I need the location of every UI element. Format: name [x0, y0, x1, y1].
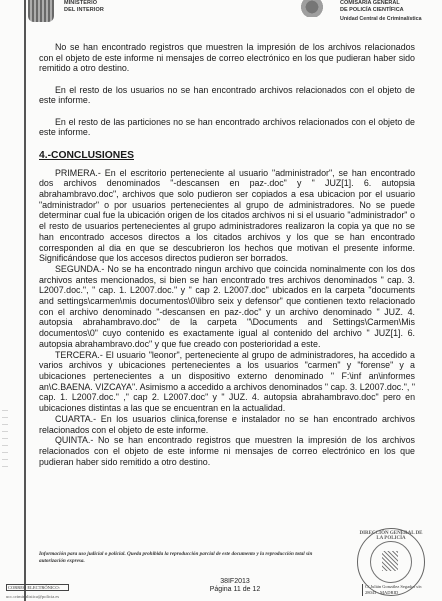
scan-margin-line	[24, 0, 26, 601]
ministry-header: MINISTERIO DEL INTERIOR	[28, 0, 104, 22]
ministry-line-1: MINISTERIO	[64, 0, 104, 7]
ministry-line-2: DEL INTERIOR	[64, 7, 104, 14]
section-title: 4.-CONCLUSIONES	[39, 151, 415, 162]
email-block: CORREO ELECTRÓNICO: ucc.criminalistica@p…	[6, 584, 69, 599]
legal-notice: Información para uso judicial o policial…	[39, 551, 339, 565]
stamp-text: DIRECCIÓN GENERAL DE LA POLICÍA	[358, 531, 424, 541]
page-number: Página 11 de 12	[195, 586, 275, 594]
email-label: CORREO ELECTRÓNICO:	[6, 584, 69, 591]
conclusion-segunda: SEGUNDA.- No se ha encontrado ningun arc…	[39, 264, 415, 350]
agency-line-1: COMISARÍA GENERAL	[340, 0, 422, 7]
conclusion-tercera: TERCERA.- El usuario "leonor", perteneci…	[39, 350, 415, 414]
address-line-2: 28043 - MADRID	[365, 590, 422, 596]
report-reference: 38IF2013	[195, 578, 275, 586]
scan-artifact	[2, 410, 8, 470]
conclusion-primera: PRIMERA.- En el escritorio perteneciente…	[39, 168, 415, 264]
conclusion-quinta: QUINTA.- No se han encontrado registros …	[39, 435, 415, 467]
paragraph: En el resto de los usuarios no se han en…	[39, 85, 415, 106]
conclusion-cuarta: CUARTA.- En los usuarios clinica,forense…	[39, 414, 415, 435]
document-page: MINISTERIO DEL INTERIOR COMISARÍA GENERA…	[0, 0, 442, 601]
document-body: No se han encontrado registros que muest…	[39, 42, 415, 467]
postal-address: C/ Julián González Segador s/n 28043 - M…	[362, 584, 422, 596]
police-emblem-icon	[300, 0, 324, 17]
footer-reference: 38IF2013 Página 11 de 12	[195, 578, 275, 594]
paragraph: No se han encontrado registros que muest…	[39, 42, 415, 74]
agency-header: COMISARÍA GENERAL DE POLICÍA CIENTÍFICA …	[300, 0, 422, 23]
agency-unit: Unidad Central de Criminalística	[340, 16, 422, 23]
spain-coat-of-arms-icon	[28, 0, 54, 22]
paragraph: En el resto de las particiones no se han…	[39, 117, 415, 138]
agency-line-2: DE POLICÍA CIENTÍFICA	[340, 7, 422, 14]
stamp-emblem-icon	[382, 551, 398, 571]
email-address[interactable]: ucc.criminalistica@policia.es	[6, 594, 69, 599]
